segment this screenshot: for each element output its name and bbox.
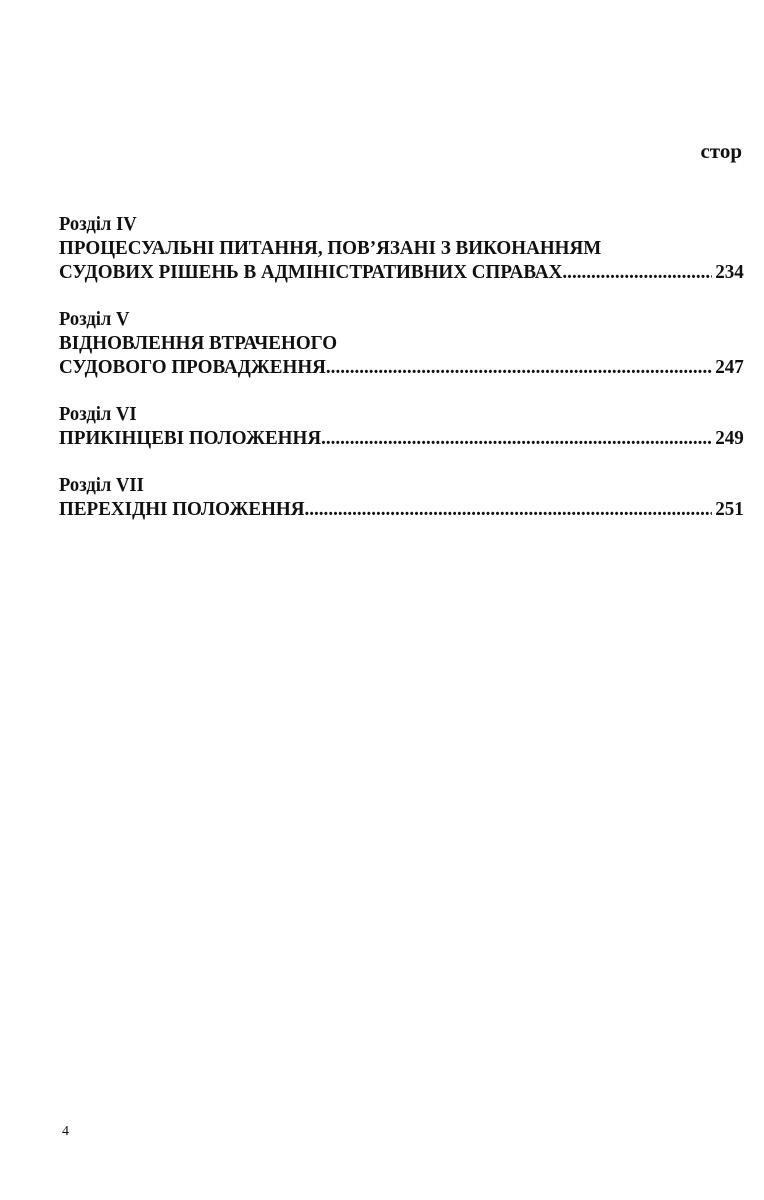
dot-leader	[562, 260, 711, 284]
page-column-header: стор	[700, 139, 742, 164]
dot-leader	[321, 426, 711, 450]
toc-entry-section-4[interactable]: Розділ IV ПРОЦЕСУАЛЬНІ ПИТАННЯ, ПОВ’ЯЗАН…	[59, 212, 744, 284]
section-title-line: ПЕРЕХІДНІ ПОЛОЖЕННЯ251	[59, 497, 744, 521]
toc-entry-section-7[interactable]: Розділ VII ПЕРЕХІДНІ ПОЛОЖЕННЯ251	[59, 473, 744, 521]
section-title-line: ПРИКІНЦЕВІ ПОЛОЖЕННЯ249	[59, 426, 744, 450]
section-label: Розділ V	[59, 307, 744, 331]
dot-leader	[304, 497, 711, 521]
section-label: Розділ VI	[59, 402, 744, 426]
section-label: Розділ VII	[59, 473, 744, 497]
dot-leader	[326, 355, 712, 379]
section-title-line: СУДОВИХ РІШЕНЬ В АДМІНІСТРАТИВНИХ СПРАВА…	[59, 260, 744, 284]
section-title-line: СУДОВОГО ПРОВАДЖЕННЯ247	[59, 355, 744, 379]
toc-entry-section-6[interactable]: Розділ VI ПРИКІНЦЕВІ ПОЛОЖЕННЯ249	[59, 402, 744, 450]
toc-entry-section-5[interactable]: Розділ V ВІДНОВЛЕННЯ ВТРАЧЕНОГО СУДОВОГО…	[59, 307, 744, 379]
page-ref: 251	[712, 497, 744, 521]
page-ref: 247	[712, 355, 744, 379]
section-title-line: ВІДНОВЛЕННЯ ВТРАЧЕНОГО	[59, 331, 744, 355]
table-of-contents: Розділ IV ПРОЦЕСУАЛЬНІ ПИТАННЯ, ПОВ’ЯЗАН…	[59, 212, 744, 544]
page-ref: 234	[712, 260, 744, 284]
page-ref: 249	[712, 426, 744, 450]
section-label: Розділ IV	[59, 212, 744, 236]
section-title-line: ПРОЦЕСУАЛЬНІ ПИТАННЯ, ПОВ’ЯЗАНІ З ВИКОНА…	[59, 236, 744, 260]
page-number: 4	[62, 1124, 69, 1140]
